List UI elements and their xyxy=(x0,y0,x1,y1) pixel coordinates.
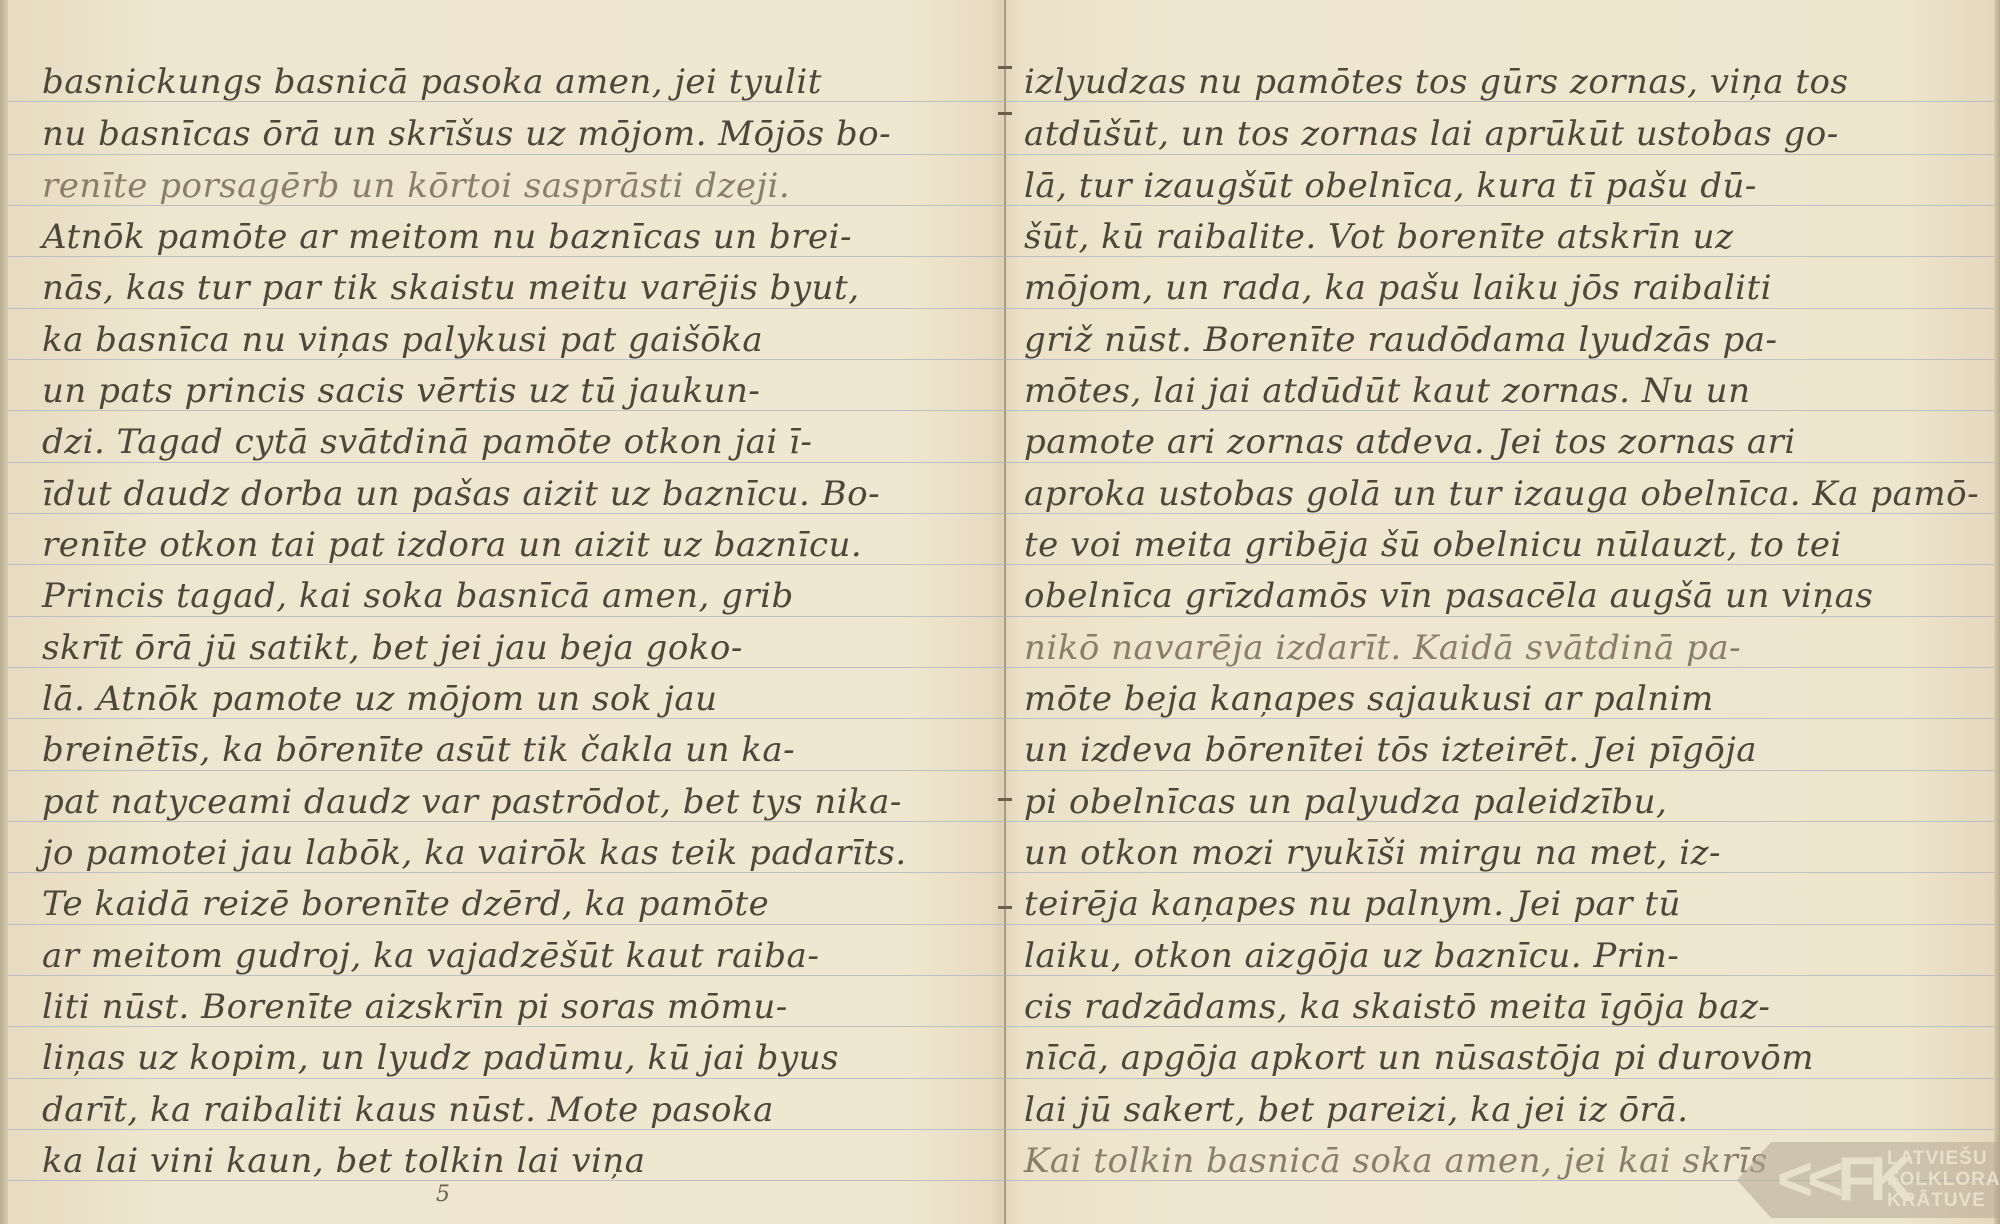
text-line: breinētīs, ka bōrenīte asūt tik čakla un… xyxy=(42,730,795,770)
text-line: jo pamotei jau labōk, ka vairōk kas teik… xyxy=(42,833,907,873)
text-line: pi obelnīcas un palyudza paleidzību, xyxy=(1024,782,1667,822)
text-line: Princis tagad, kai soka basnīcā amen, gr… xyxy=(42,576,794,616)
notebook-spread: basnickungs basnicā pasoka amen, jei tyu… xyxy=(0,0,2000,1224)
text-line: šūt, kū raibalite. Vot borenīte atskrīn … xyxy=(1024,217,1733,257)
text-line: pat natyceami daudz var pastrōdot, bet t… xyxy=(42,782,902,822)
text-line: pamote ari zornas atdeva. Jei tos zornas… xyxy=(1024,422,1796,462)
text-line: renīte porsagērb un kōrtoi sasprāsti dze… xyxy=(42,166,790,206)
right-page: izlyudzas nu pamōtes tos gūrs zornas, vi… xyxy=(1010,0,2000,1224)
text-line: lā. Atnōk pamote uz mōjom un sok jau xyxy=(42,679,718,719)
watermark-line: LATVIEŠU xyxy=(1887,1148,2000,1169)
text-line: obelnīca grīzdamōs vīn pasacēla augšā un… xyxy=(1024,576,1873,616)
text-line: izlyudzas nu pamōtes tos gūrs zornas, vi… xyxy=(1024,62,1848,102)
text-line: nu basnīcas ōrā un skrīšus uz mōjom. Mōj… xyxy=(42,114,891,154)
archive-watermark-logo: <<FK LATVIEŠU FOLKLORAS KRĀTUVE xyxy=(1737,1142,1999,1218)
text-line: un izdeva bōrenītei tōs izteirēt. Jei pī… xyxy=(1024,730,1757,770)
text-line: un otkon mozi ryukīši mirgu na met, iz- xyxy=(1024,833,1721,873)
text-line: ka basnīca nu viņas palykusi pat gaišōka xyxy=(42,320,763,360)
text-line: griž nūst. Borenīte raudōdama lyudzās pa… xyxy=(1024,320,1778,360)
watermark-line: FOLKLORAS xyxy=(1887,1169,2000,1190)
text-line: dzi. Tagad cytā svātdinā pamōte otkon ja… xyxy=(42,422,812,462)
watermark-text: LATVIEŠU FOLKLORAS KRĀTUVE xyxy=(1887,1148,2000,1211)
text-line: lai jū sakert, bet pareizi, ka jei iz ōr… xyxy=(1024,1090,1689,1130)
text-line: atdūšūt, un tos zornas lai aprūkūt ustob… xyxy=(1024,114,1839,154)
text-line: un pats princis sacis vērtis uz tū jauku… xyxy=(42,371,760,411)
text-line: te voi meita gribēja šū obelnicu nūlauzt… xyxy=(1024,525,1842,565)
text-line: liti nūst. Borenīte aizskrīn pi soras mō… xyxy=(42,987,788,1027)
text-line: Kai tolkin basnicā soka amen, jei kai sk… xyxy=(1024,1141,1768,1181)
text-line: Atnōk pamōte ar meitom nu baznīcas un br… xyxy=(42,217,852,257)
text-line: nikō navarēja izdarīt. Kaidā svātdinā pa… xyxy=(1024,628,1741,668)
text-line: skrīt ōrā jū satikt, bet jei jau beja go… xyxy=(42,628,743,668)
left-page: basnickungs basnicā pasoka amen, jei tyu… xyxy=(0,0,1000,1224)
text-line: darīt, ka raibaliti kaus nūst. Mote paso… xyxy=(42,1090,774,1130)
text-line: īdut daudz dorba un pašas aizit uz baznī… xyxy=(42,474,880,514)
text-line: renīte otkon tai pat izdora un aizit uz … xyxy=(42,525,862,565)
text-line: mōtes, lai jai atdūdūt kaut zornas. Nu u… xyxy=(1024,371,1750,411)
text-line: liņas uz kopim, un lyudz padūmu, kū jai … xyxy=(42,1038,839,1078)
text-line: cis radzādams, ka skaistō meita īgōja ba… xyxy=(1024,987,1770,1027)
text-line: ar meitom gudroj, ka vajadzēšūt kaut rai… xyxy=(42,936,819,976)
notebook-spine xyxy=(1004,0,1006,1224)
page-number: 5 xyxy=(436,1182,450,1207)
watermark-line: KRĀTUVE xyxy=(1887,1190,2000,1211)
text-line: basnickungs basnicā pasoka amen, jei tyu… xyxy=(42,62,822,102)
text-line: mōjom, un rada, ka pašu laiku jōs raibal… xyxy=(1024,268,1772,308)
text-line: lā, tur izaugšūt obelnīca, kura tī pašu … xyxy=(1024,166,1757,206)
text-line: laiku, otkon aizgōja uz baznīcu. Prin- xyxy=(1024,936,1679,976)
text-line: Te kaidā reizē borenīte dzērd, ka pamōte xyxy=(42,884,769,924)
text-line: mōte beja kaņapes sajaukusi ar palnim xyxy=(1024,679,1714,719)
text-line: ka lai vini kaun, bet tolkin lai viņa xyxy=(42,1141,646,1181)
text-line: nīcā, apgōja apkort un nūsastōja pi duro… xyxy=(1024,1038,1814,1078)
text-line: teirēja kaņapes nu palnym. Jei par tū xyxy=(1024,884,1681,924)
text-line: aproka ustobas golā un tur izauga obelnī… xyxy=(1024,474,1979,514)
text-line: nās, kas tur par tik skaistu meitu varēj… xyxy=(42,268,860,308)
